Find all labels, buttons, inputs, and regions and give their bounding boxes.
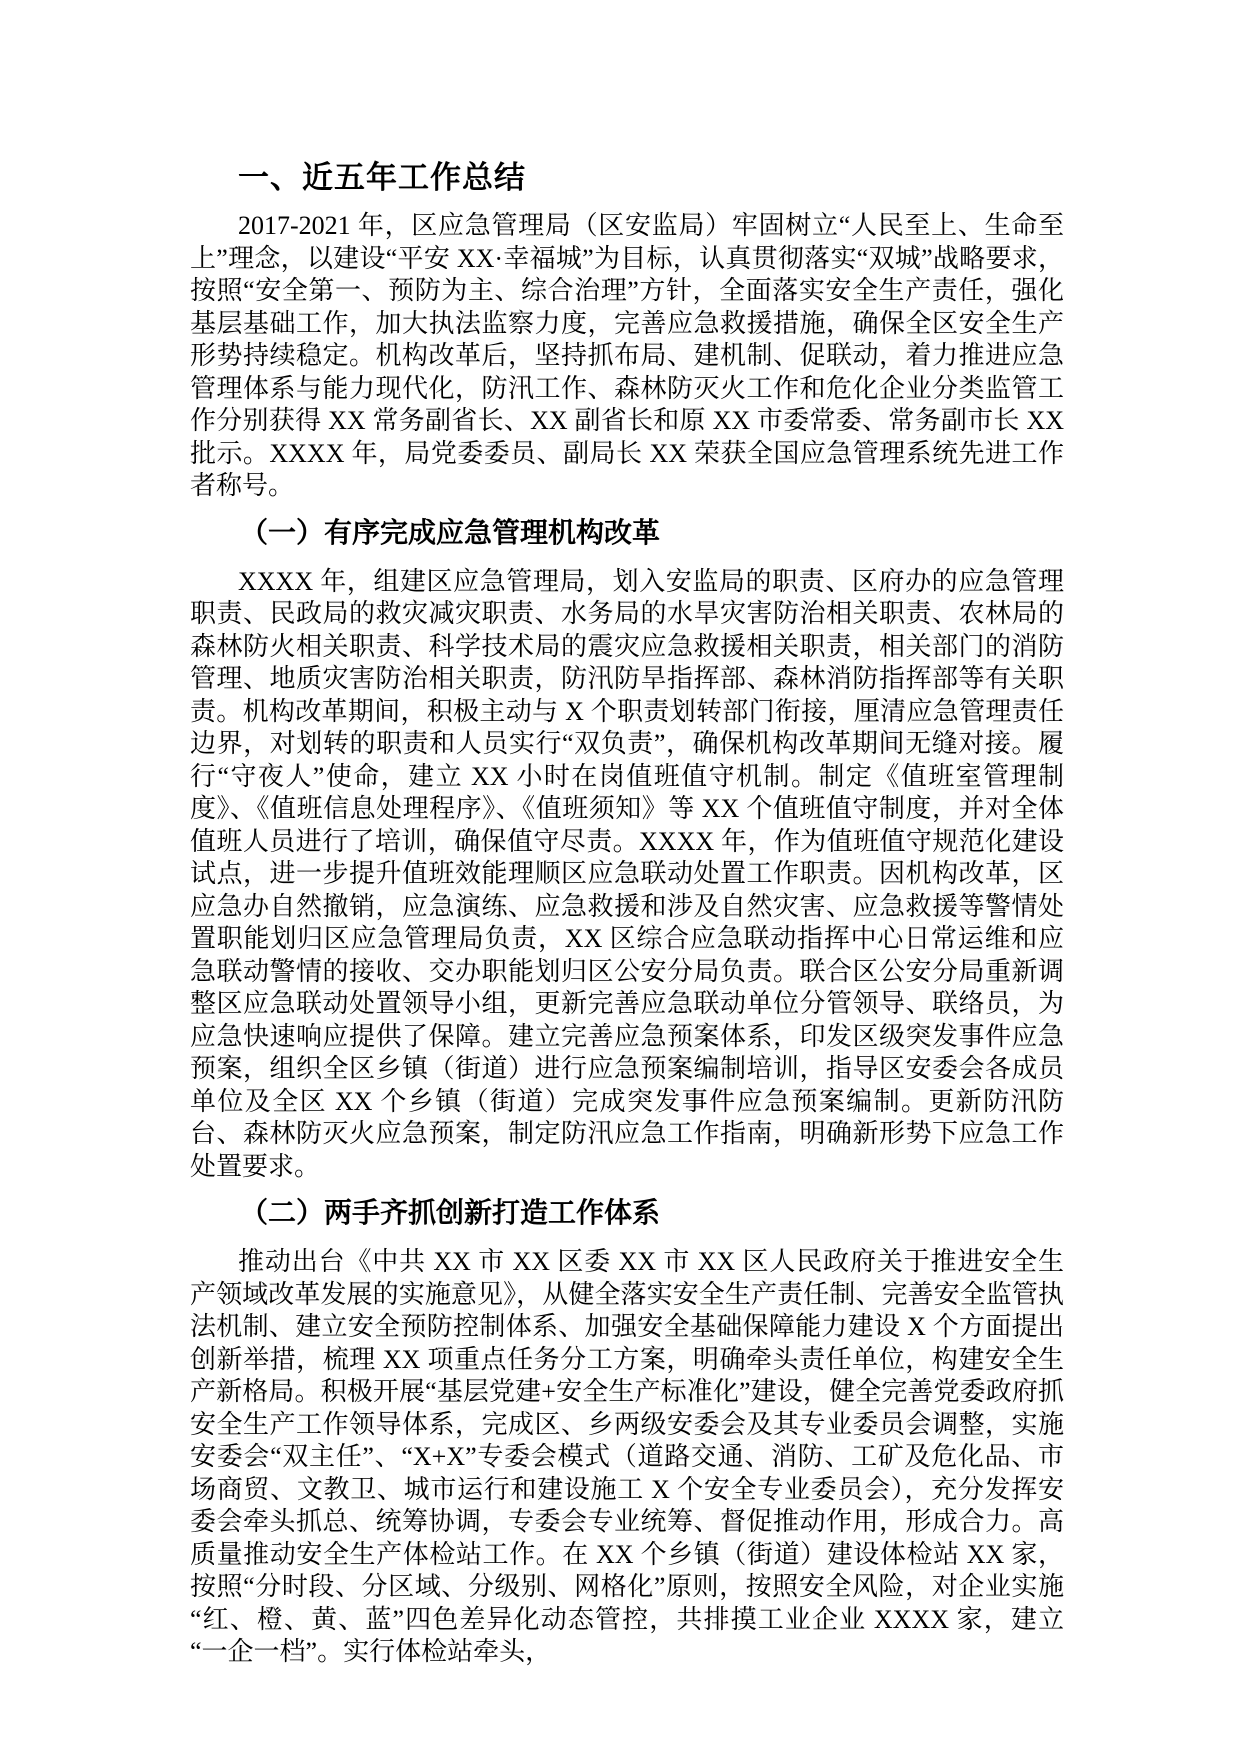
section-1-paragraph: XXXX 年，组建区应急管理局，划入安监局的职责、区府办的应急管理职责、民政局的… bbox=[190, 566, 1064, 1184]
section-2-heading: （二）两手齐抓创新打造工作体系 bbox=[190, 1195, 1064, 1231]
intro-paragraph: 2017-2021 年，区应急管理局（区安监局）牢固树立“人民至上、生命至上”理… bbox=[190, 210, 1064, 503]
document-content: 一、近五年工作总结 2017-2021 年，区应急管理局（区安监局）牢固树立“人… bbox=[190, 158, 1064, 1669]
document-page: 一、近五年工作总结 2017-2021 年，区应急管理局（区安监局）牢固树立“人… bbox=[0, 0, 1240, 1754]
section-1-heading: （一）有序完成应急管理机构改革 bbox=[190, 515, 1064, 551]
section-2-paragraph: 推动出台《中共 XX 市 XX 区委 XX 市 XX 区人民政府关于推进安全生产… bbox=[190, 1246, 1064, 1669]
document-title: 一、近五年工作总结 bbox=[190, 158, 1064, 198]
